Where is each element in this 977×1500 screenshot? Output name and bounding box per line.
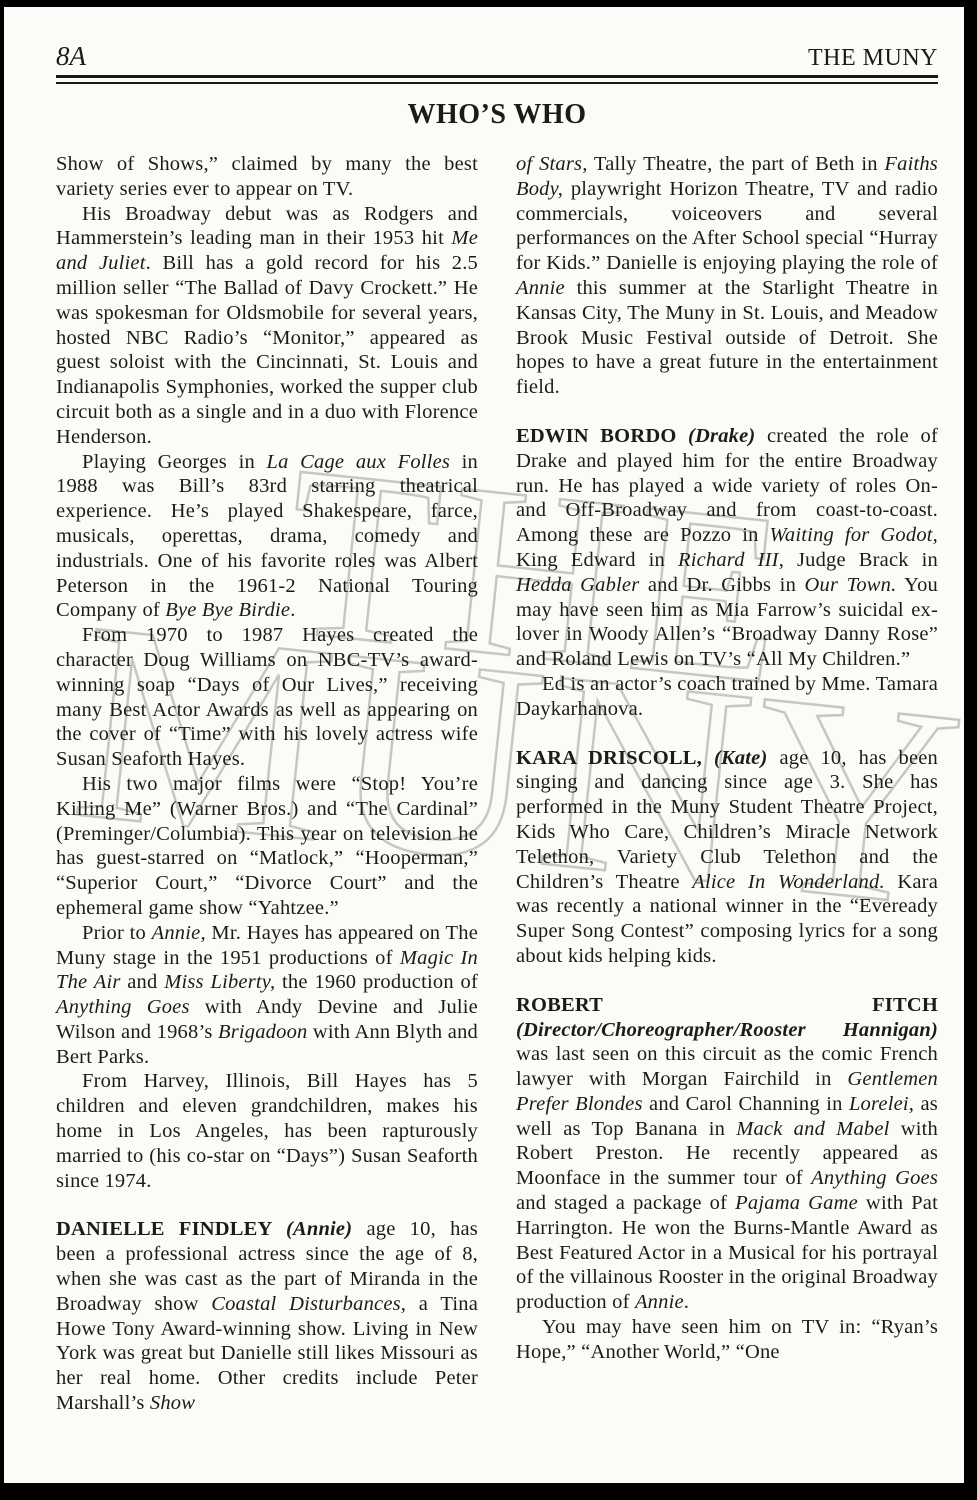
text-run: Mack and Mabel [736, 1118, 889, 1140]
text-run: EDWIN BORDO [516, 425, 688, 447]
text-run: , Judge Brack in [779, 549, 938, 571]
text-run: (Kate) [714, 747, 768, 769]
paragraph: His Broadway debut was as Rodgers and Ha… [56, 202, 478, 450]
program-page: THE MUNY 8A THE MUNY WHO’S WHO Show of S… [4, 7, 964, 1483]
text-run: Pajama Game [735, 1192, 858, 1214]
text-run: From Harvey, Illinois, Bill Hayes has 5 … [56, 1070, 478, 1191]
scan-frame: THE MUNY 8A THE MUNY WHO’S WHO Show of S… [0, 0, 977, 1500]
paragraph: His two major films were “Stop! You’re K… [56, 772, 478, 921]
text-run: Richard III [678, 549, 779, 571]
paragraph: Prior to Annie, Mr. Hayes has appeared o… [56, 921, 478, 1070]
text-run: Miss Liberty, [164, 971, 275, 993]
text-run: and staged a package of [516, 1192, 735, 1214]
text-run: Show of Shows,” claimed by many the best… [56, 153, 478, 200]
right-column: of Stars, Tally Theatre, the part of Bet… [516, 152, 938, 1416]
paragraph: EDWIN BORDO (Drake) created the role of … [516, 424, 938, 672]
header-double-rule [56, 75, 938, 84]
text-run: His two major films were “Stop! You’re K… [56, 773, 478, 919]
text-run: and [121, 971, 165, 993]
text-run: His Broadway debut was as Rodgers and Ha… [56, 203, 478, 250]
text-run: Show [150, 1392, 195, 1414]
paragraph: KARA DRISCOLL, (Kate) age 10, has been s… [516, 746, 938, 969]
text-run: . Bill has a gold record for his 2.5 mil… [56, 252, 478, 448]
page-number: 8A [56, 41, 86, 72]
text-run: this summer at the Starlight Theatre in … [516, 277, 938, 398]
text-run: . [290, 599, 295, 621]
text-run: DANIELLE FINDLEY [56, 1218, 286, 1240]
text-run: Bye Bye Birdie [165, 599, 290, 621]
left-column: Show of Shows,” claimed by many the best… [56, 152, 478, 1416]
text-run: Anything Goes [56, 996, 190, 1018]
text-run: Our Town. [805, 574, 897, 596]
text-run: and Dr. Gibbs in [639, 574, 804, 596]
paragraph: Playing Georges in La Cage aux Folles in… [56, 450, 478, 624]
text-run: You may have seen him on TV in: “Ryan’s … [516, 1316, 938, 1363]
paragraph: of Stars, Tally Theatre, the part of Bet… [516, 152, 938, 400]
text-run: Annie [516, 277, 565, 299]
text-run: From 1970 to 1987 Hayes created the char… [56, 624, 478, 770]
text-run: Annie, [152, 922, 206, 944]
text-run: Waiting for Godot [770, 524, 933, 546]
text-run: the 1960 production of [275, 971, 478, 993]
text-run: KARA DRISCOLL, [516, 747, 714, 769]
text-run: Alice In Wonderland. [692, 871, 885, 893]
publication-name: THE MUNY [808, 45, 938, 72]
text-run: playwright Horizon Theatre, TV and radio… [516, 178, 938, 274]
text-run: Tally Theatre, the part of Beth in [588, 153, 885, 175]
text-run: . [684, 1291, 689, 1313]
text-run: Brigadoon [218, 1021, 308, 1043]
paragraph: Ed is an actor’s coach trained by Mme. T… [516, 672, 938, 722]
text-run: (Director/Choreographer/Rooster Hannigan… [516, 1019, 938, 1041]
text-run: in 1988 was Bill’s 83rd starring theatri… [56, 451, 478, 622]
text-run: and Carol Channing in [643, 1093, 849, 1115]
paragraph: From 1970 to 1987 Hayes created the char… [56, 623, 478, 772]
paragraph: ROBERT FITCH (Director/Choreographer/Roo… [516, 993, 938, 1315]
paragraph: Show of Shows,” claimed by many the best… [56, 152, 478, 202]
page-title: WHO’S WHO [56, 99, 938, 131]
text-run: Anything Goes [811, 1167, 938, 1189]
paragraph: You may have seen him on TV in: “Ryan’s … [516, 1315, 938, 1365]
text-run: of Stars, [516, 153, 588, 175]
text-run: Annie [635, 1291, 684, 1313]
paragraph: DANIELLE FINDLEY (Annie) age 10, has bee… [56, 1217, 478, 1415]
page-header: 8A THE MUNY [56, 41, 938, 72]
text-run: Hedda Gabler [516, 574, 639, 596]
text-run: Coastal Disturbances, [211, 1293, 406, 1315]
text-run: (Annie) [286, 1218, 352, 1240]
text-run: (Drake) [688, 425, 755, 447]
paragraph: From Harvey, Illinois, Bill Hayes has 5 … [56, 1069, 478, 1193]
text-run: Playing Georges in [82, 451, 267, 473]
text-run: Ed is an actor’s coach trained by Mme. T… [516, 673, 938, 720]
text-run: La Cage aux Folles [267, 451, 451, 473]
text-run: ROBERT FITCH [516, 994, 938, 1016]
text-run: Lorelei [849, 1093, 909, 1115]
article-columns: Show of Shows,” claimed by many the best… [56, 152, 938, 1416]
text-run: Prior to [82, 922, 152, 944]
